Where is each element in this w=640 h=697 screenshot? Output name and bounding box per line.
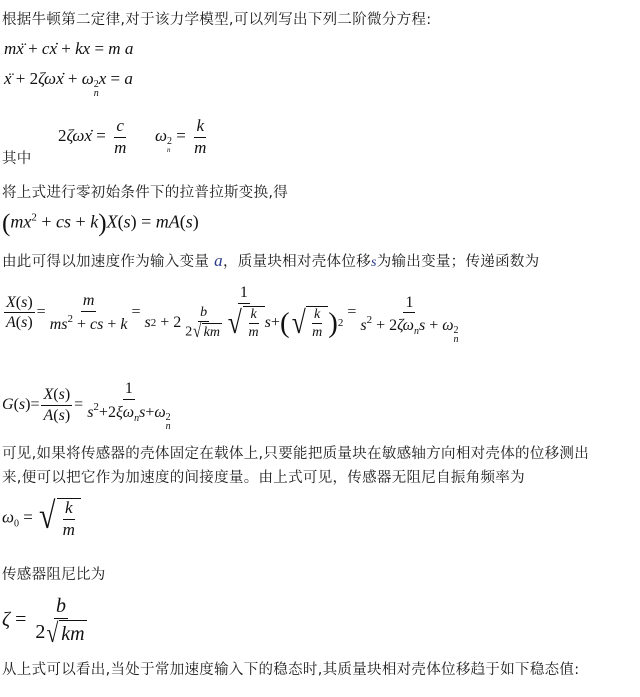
paragraph-sensor-line1: 可见,如果将传感器的壳体固定在载体上,只要能把质量块在敏感轴方向相对壳体的位移测… bbox=[2, 442, 589, 463]
paragraph-damping-ratio: 传感器阻尼比为 bbox=[2, 563, 106, 584]
paragraph-transfer-intro: 由此可得以加速度作为输入变量 a，质量块相对壳体位移s为输出变量；传递函数为 bbox=[2, 250, 540, 271]
paragraph-steady-state: 从上式可以看出,当处于常加速度输入下的稳态时,其质量块相对壳体位移趋于如下稳态值… bbox=[2, 658, 579, 679]
equation-g-of-s: G(s)=X(s)A(s)=1s2+2ξωns+ω2n bbox=[2, 380, 175, 431]
definition-natural-frequency: ω2n = km bbox=[155, 117, 210, 157]
equation-transfer-function: X(s)A(s)=mms2 + cs + k=1s2 + 2b2√km√kms … bbox=[2, 284, 463, 344]
equation-normalized: ẍ + 2ζωẋ + ω2nx = a bbox=[4, 69, 133, 98]
variable-a: a bbox=[214, 251, 223, 270]
paragraph-sensor-line2: 来,便可以把它作为加速度的间接度量。由上式可见，传感器无阻尼自振角频率为 bbox=[2, 466, 525, 487]
equation-omega0: ω0 = √km bbox=[2, 498, 81, 539]
definition-damping-term: 2ζωẋ = cm bbox=[58, 117, 130, 157]
equation-motion: mẍ + cẋ + kx = m a bbox=[4, 39, 133, 59]
paragraph-newton-law: 根据牛顿第二定律,对于该力学模型,可以列写出下列二阶微分方程: bbox=[2, 8, 431, 29]
equation-zeta: ζ = b2√km bbox=[2, 595, 91, 647]
label-where: 其中 bbox=[2, 147, 32, 168]
paragraph-laplace: 将上式进行零初始条件下的拉普拉斯变换,得 bbox=[2, 181, 288, 202]
equation-laplace: (mx2 + cs + k)X(s) = mA(s) bbox=[2, 211, 199, 236]
